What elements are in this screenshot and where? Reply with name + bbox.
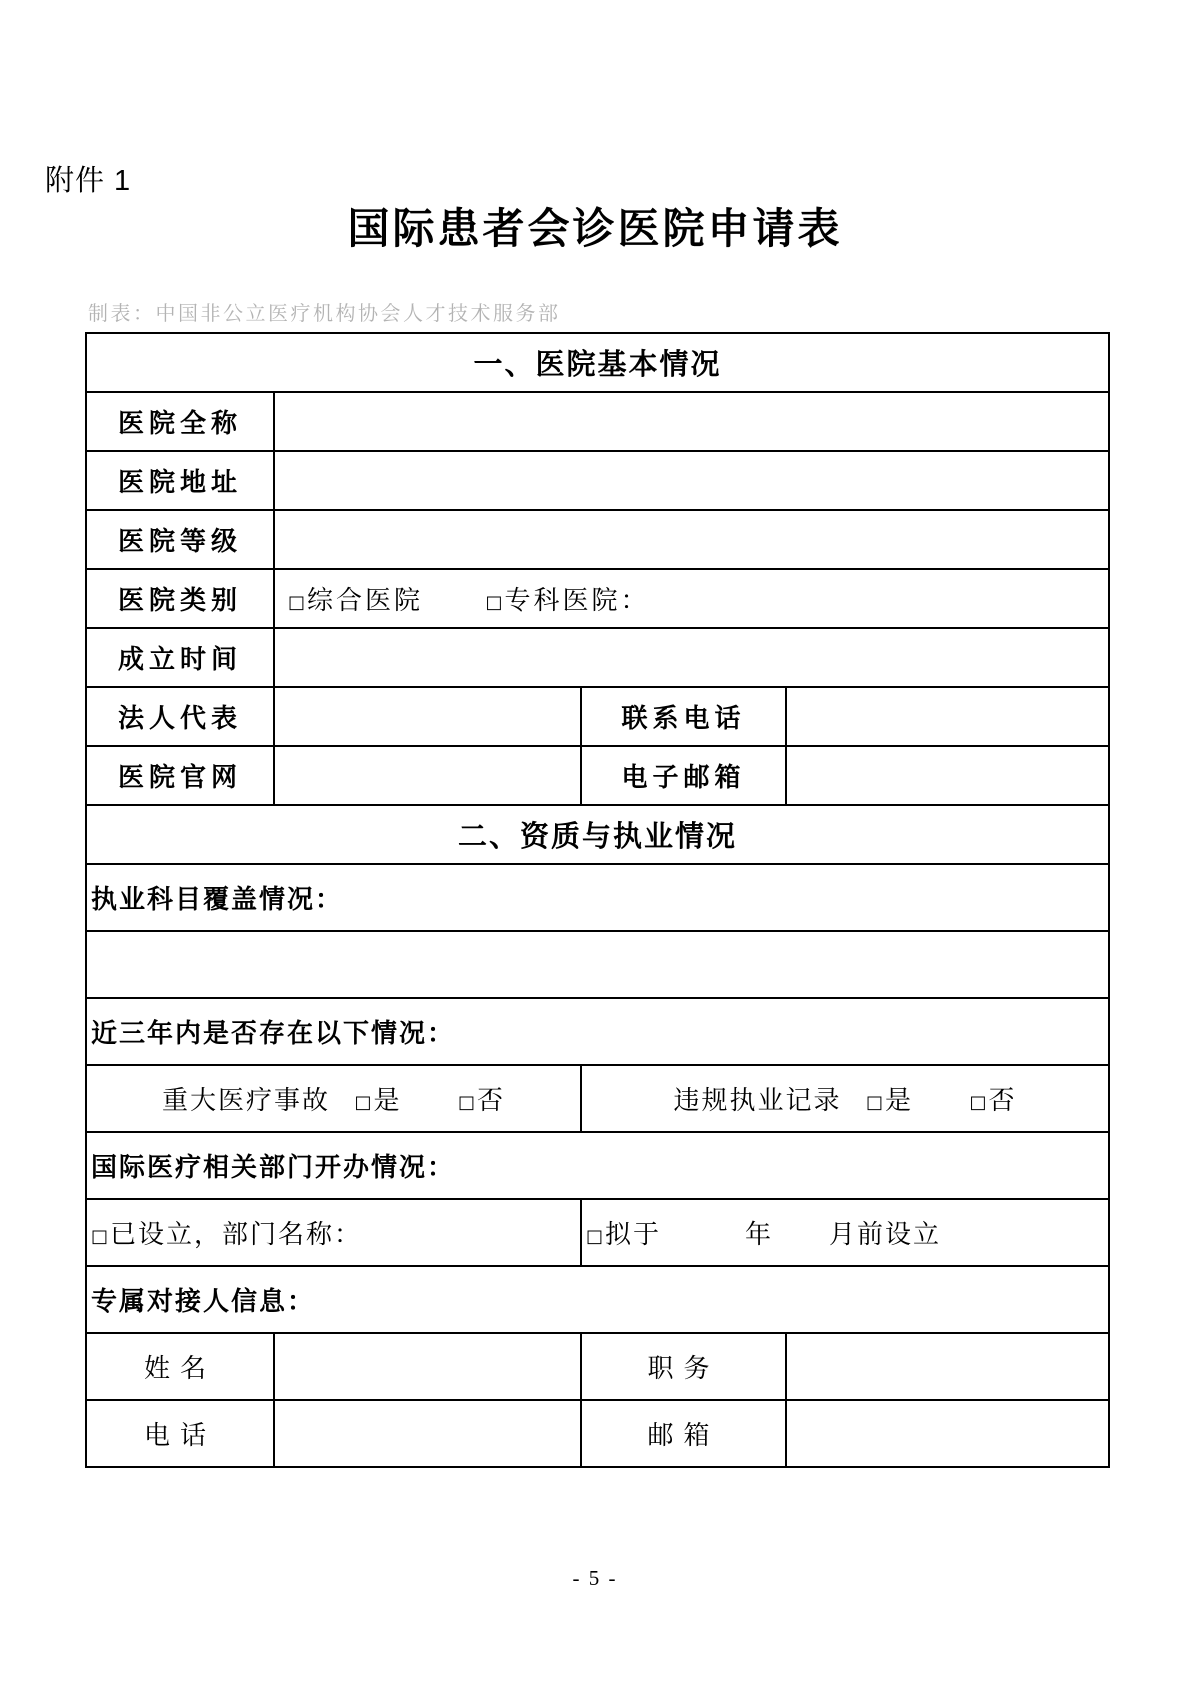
section2-header: 二、资质与执业情况 <box>86 805 1109 864</box>
contact-phone-label: 联系电话 <box>581 687 786 746</box>
option-label: 是 <box>373 1086 401 1115</box>
name-input-cell[interactable] <box>274 1333 581 1400</box>
hospital-website-input-cell[interactable] <box>274 746 581 805</box>
table-row: 医院等级 <box>86 510 1109 569</box>
checkbox-option-violation-yes[interactable]: □是 <box>866 1086 913 1115</box>
hospital-name-input-cell[interactable] <box>274 392 1109 451</box>
hospital-category-label: 医院类别 <box>86 569 274 628</box>
hospital-address-label: 医院地址 <box>86 451 274 510</box>
table-row: 电话 邮箱 <box>86 1400 1109 1467</box>
major-accident-label: 重大医疗事故 <box>162 1086 330 1115</box>
checkbox-option-violation-no[interactable]: □否 <box>970 1086 1017 1115</box>
option-label: 已设立，部门名称： <box>110 1220 362 1249</box>
major-accident-options-cell: 重大医疗事故 □是 □否 <box>86 1065 581 1132</box>
violation-record-options-cell: 违规执业记录 □是 □否 <box>581 1065 1109 1132</box>
practice-coverage-label: 执业科目覆盖情况： <box>86 864 1109 931</box>
violation-record-label: 违规执业记录 <box>673 1086 841 1115</box>
option-label: 综合医院 <box>307 586 423 615</box>
table-row: 近三年内是否存在以下情况： <box>86 998 1109 1065</box>
checkbox-option-dept-established[interactable]: □已设立，部门名称： <box>91 1220 362 1249</box>
recent-three-years-label: 近三年内是否存在以下情况： <box>86 998 1109 1065</box>
hospital-address-input-cell[interactable] <box>274 451 1109 510</box>
option-label: 拟于 年 月前设立 <box>605 1220 941 1249</box>
table-row: □已设立，部门名称： □拟于 年 月前设立 <box>86 1199 1109 1266</box>
table-row: 法人代表 联系电话 <box>86 687 1109 746</box>
checkbox-option-accident-no[interactable]: □否 <box>458 1086 505 1115</box>
hospital-name-label: 医院全称 <box>86 392 274 451</box>
table-row: 重大医疗事故 □是 □否 违规执业记录 □是 □否 <box>86 1065 1109 1132</box>
page-title: 国际患者会诊医院申请表 <box>0 196 1190 256</box>
contact-person-label: 专属对接人信息： <box>86 1266 1109 1333</box>
email-label: 电子邮箱 <box>581 746 786 805</box>
checkbox-icon: □ <box>458 1092 475 1113</box>
checkbox-icon: □ <box>970 1092 987 1113</box>
prepared-by-note: 制表：中国非公立医疗机构协会人才技术服务部 <box>88 297 561 326</box>
page-number: - 5 - <box>0 1566 1190 1591</box>
established-date-label: 成立时间 <box>86 628 274 687</box>
checkbox-icon: □ <box>586 1226 603 1247</box>
table-row: 医院类别 □综合医院 □专科医院： <box>86 569 1109 628</box>
section1-header: 一、医院基本情况 <box>86 333 1109 392</box>
dept-established-option-cell: □已设立，部门名称： <box>86 1199 581 1266</box>
table-row: 姓名 职务 <box>86 1333 1109 1400</box>
table-row: 二、资质与执业情况 <box>86 805 1109 864</box>
table-row: 成立时间 <box>86 628 1109 687</box>
option-label: 否 <box>989 1086 1017 1115</box>
application-form-table: 一、医院基本情况 医院全称 医院地址 医院等级 医院类别 □综合医院 □专科医院… <box>85 332 1110 1468</box>
hospital-grade-label: 医院等级 <box>86 510 274 569</box>
table-row: 医院全称 <box>86 392 1109 451</box>
table-row: 专属对接人信息： <box>86 1266 1109 1333</box>
checkbox-icon: □ <box>288 592 305 613</box>
table-row: 国际医疗相关部门开办情况： <box>86 1132 1109 1199</box>
option-label: 否 <box>477 1086 505 1115</box>
mail-input-cell[interactable] <box>786 1400 1109 1467</box>
name-label: 姓名 <box>86 1333 274 1400</box>
dept-planned-option-cell: □拟于 年 月前设立 <box>581 1199 1109 1266</box>
checkbox-option-general-hospital[interactable]: □综合医院 <box>288 586 423 615</box>
email-input-cell[interactable] <box>786 746 1109 805</box>
table-row: 执业科目覆盖情况： <box>86 864 1109 931</box>
legal-representative-input-cell[interactable] <box>274 687 581 746</box>
practice-coverage-input-cell[interactable] <box>86 931 1109 998</box>
position-input-cell[interactable] <box>786 1333 1109 1400</box>
checkbox-icon: □ <box>91 1226 108 1247</box>
table-row: 一、医院基本情况 <box>86 333 1109 392</box>
position-label: 职务 <box>581 1333 786 1400</box>
table-row: 医院官网 电子邮箱 <box>86 746 1109 805</box>
contact-phone-input-cell[interactable] <box>786 687 1109 746</box>
checkbox-option-specialized-hospital[interactable]: □专科医院： <box>486 586 650 615</box>
established-date-input-cell[interactable] <box>274 628 1109 687</box>
phone-label: 电话 <box>86 1400 274 1467</box>
checkbox-icon: □ <box>486 592 503 613</box>
table-row: 医院地址 <box>86 451 1109 510</box>
option-label: 专科医院： <box>505 586 650 615</box>
checkbox-option-accident-yes[interactable]: □是 <box>354 1086 401 1115</box>
checkbox-icon: □ <box>354 1092 371 1113</box>
attachment-label: 附件 1 <box>45 158 131 199</box>
phone-input-cell[interactable] <box>274 1400 581 1467</box>
hospital-website-label: 医院官网 <box>86 746 274 805</box>
checkbox-option-dept-planned[interactable]: □拟于 年 月前设立 <box>586 1220 941 1249</box>
hospital-category-options-cell: □综合医院 □专科医院： <box>274 569 1109 628</box>
legal-representative-label: 法人代表 <box>86 687 274 746</box>
option-label: 是 <box>885 1086 913 1115</box>
table-row <box>86 931 1109 998</box>
intl-dept-label: 国际医疗相关部门开办情况： <box>86 1132 1109 1199</box>
checkbox-icon: □ <box>866 1092 883 1113</box>
mail-label: 邮箱 <box>581 1400 786 1467</box>
document-page: { "page": { "attachment": "附件 1", "title… <box>0 0 1190 1683</box>
hospital-grade-input-cell[interactable] <box>274 510 1109 569</box>
